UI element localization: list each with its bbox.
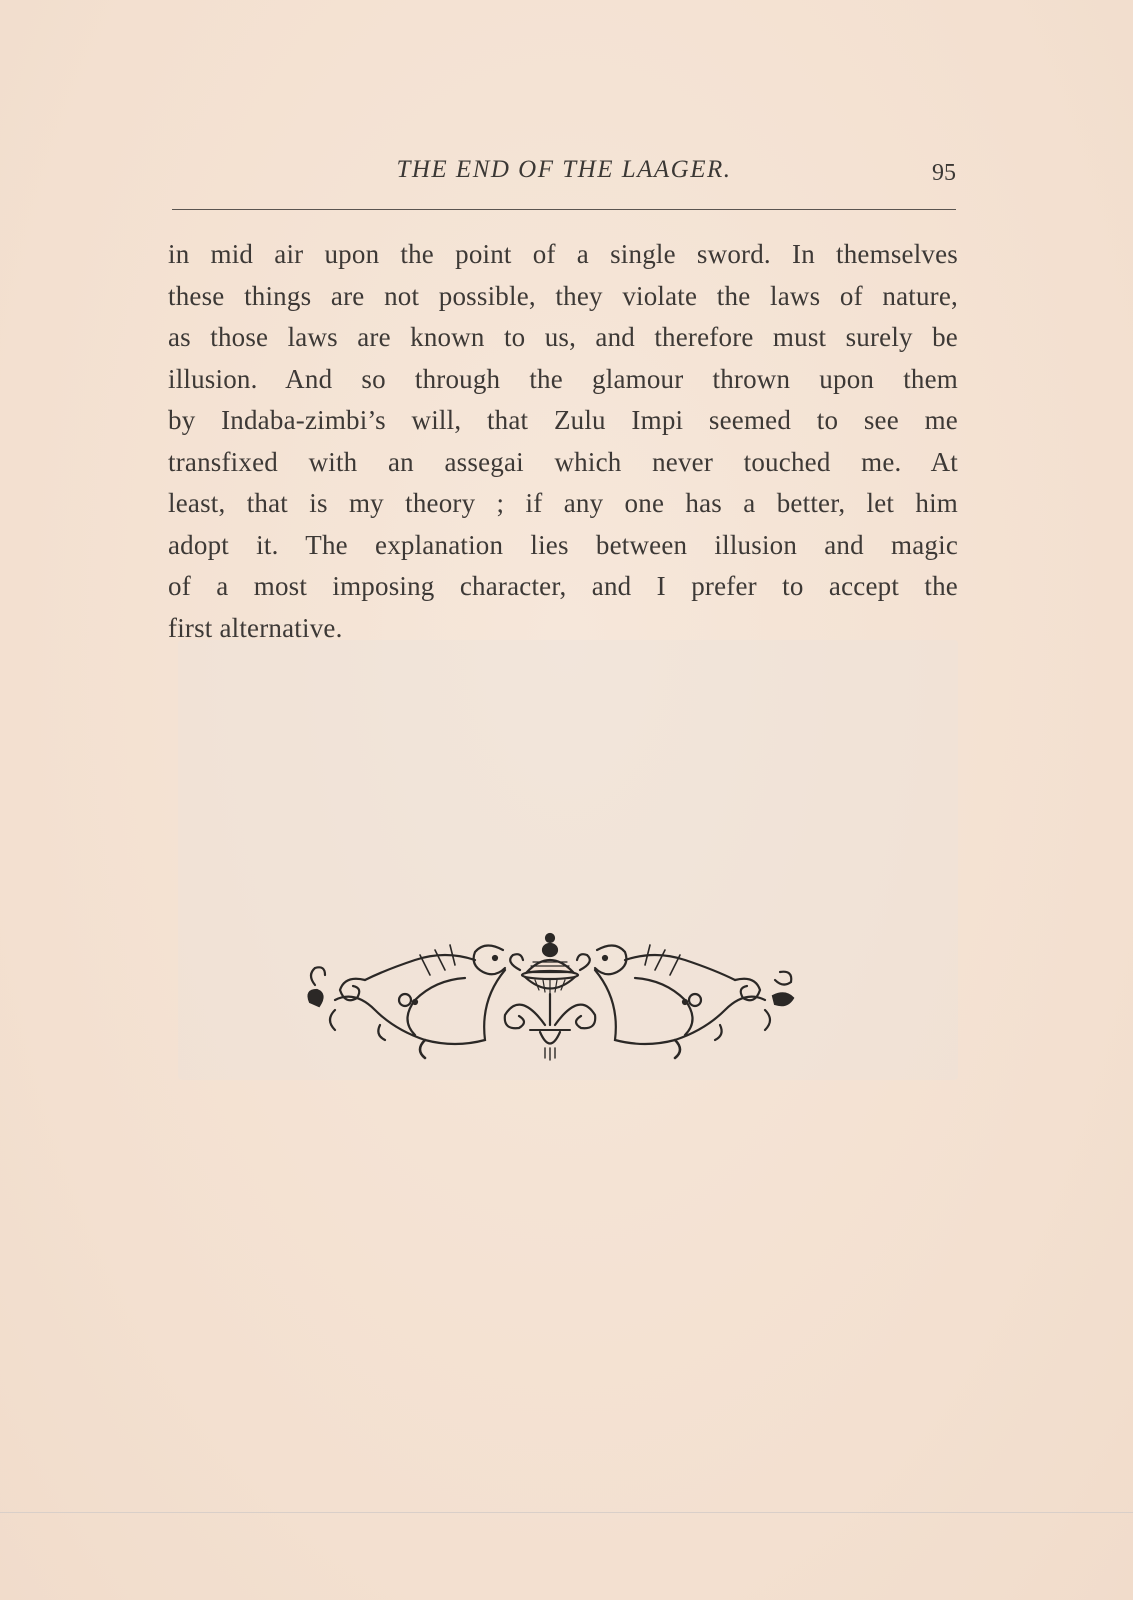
book-page: THE END OF THE LAAGER. 95 in mid air upo… <box>0 0 1133 1600</box>
body-paragraph: in mid air upon the point of a single sw… <box>168 234 958 649</box>
text-line: least, that is my theory ; if any one ha… <box>168 483 958 525</box>
text-line: in mid air upon the point of a single sw… <box>168 234 958 276</box>
text-line: adopt it. The explanation lies between i… <box>168 525 958 567</box>
tailpiece-ornament-icon <box>305 930 795 1065</box>
text-line: by Indaba-zimbi’s will, that Zulu Impi s… <box>168 400 958 442</box>
text-line: of a most imposing character, and I pref… <box>168 566 958 608</box>
text-line: illusion. And so through the glamour thr… <box>168 359 958 401</box>
running-head: THE END OF THE LAAGER. 95 <box>172 156 956 196</box>
text-line: transfixed with an assegai which never t… <box>168 442 958 484</box>
text-line: as those laws are known to us, and there… <box>168 317 958 359</box>
text-line: these things are not possible, they viol… <box>168 276 958 318</box>
header-rule <box>172 209 956 210</box>
page-number: 95 <box>932 160 956 187</box>
text-line: first alternative. <box>168 608 958 650</box>
page-fold-line <box>0 1512 1133 1513</box>
running-title: THE END OF THE LAAGER. <box>172 156 956 184</box>
